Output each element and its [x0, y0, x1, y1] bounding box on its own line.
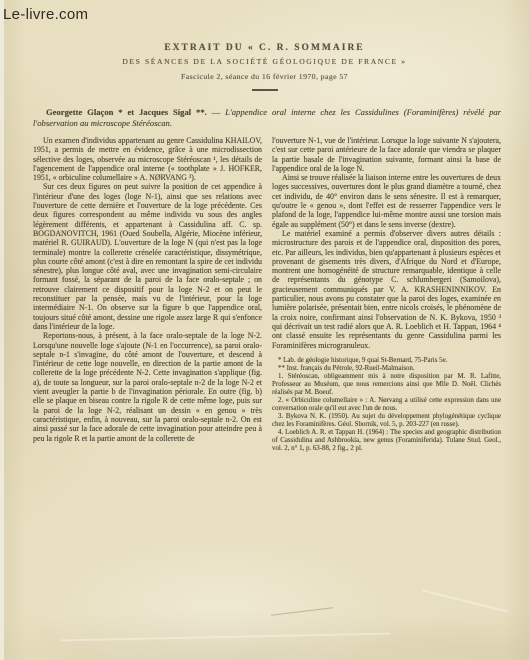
body-paragraph: l'ouverture N-1, vue de l'intérieur. Lor…	[272, 136, 501, 173]
journal-name-line: DES SÉANCES DE LA SOCIÉTÉ GÉOLOGIQUE DE …	[0, 57, 529, 66]
paper-crease	[421, 589, 509, 613]
scanned-document-page: Le-livre.com EXTRAIT DU « C. R. SOMMAIRE…	[0, 0, 529, 660]
pencil-mark	[271, 607, 333, 616]
scan-edge-highlight	[0, 0, 4, 660]
body-paragraph: Sur ces deux figures on peut suivre la p…	[33, 182, 262, 331]
footnote: ** Inst. français du Pétrole, 92-Rueil-M…	[272, 365, 501, 373]
article-authors: Georgette Glaçon * et Jacques Sigal **.	[46, 107, 207, 117]
article-heading: Georgette Glaçon * et Jacques Sigal **. …	[33, 107, 501, 129]
paper-crease	[60, 633, 390, 642]
footnote: * Lab. de géologie historique, 9 quai St…	[272, 357, 501, 365]
text-column-right: l'ouverture N-1, vue de l'intérieur. Lor…	[272, 136, 501, 453]
journal-extract-line: EXTRAIT DU « C. R. SOMMAIRE	[0, 43, 529, 53]
footnote: 1. Stéréoscan, obligeamment mis à notre …	[272, 373, 501, 397]
body-paragraph: Reportons-nous, à présent, à la face ora…	[33, 331, 262, 443]
footnote: 4. Loeblich A. R. et Tappan H. (1964) : …	[272, 429, 501, 453]
title-dash: —	[207, 107, 225, 117]
article-body: Georgette Glaçon * et Jacques Sigal **. …	[33, 107, 501, 453]
footnote: 3. Bykova N. K. (1950). Au sujet du déve…	[272, 413, 501, 429]
body-paragraph: Un examen d'individus appartenant au gen…	[33, 136, 262, 182]
header-divider-rule	[252, 89, 278, 91]
site-watermark: Le-livre.com	[3, 6, 88, 23]
fascicule-line: Fascicule 2, séance du 16 février 1970, …	[0, 72, 529, 81]
two-column-text: Un examen d'individus appartenant au gen…	[33, 136, 501, 453]
body-paragraph: Le matériel examiné a permis d'observer …	[272, 229, 501, 350]
footnote: 2. « Orbiculine columellaire » : A. Nørv…	[272, 397, 501, 413]
journal-header: EXTRAIT DU « C. R. SOMMAIRE DES SÉANCES …	[0, 43, 529, 91]
body-paragraph: Ainsi se trouve réalisée la liaison inte…	[272, 173, 501, 229]
footnotes-block: * Lab. de géologie historique, 9 quai St…	[272, 357, 501, 453]
text-column-left: Un examen d'individus appartenant au gen…	[33, 136, 262, 453]
